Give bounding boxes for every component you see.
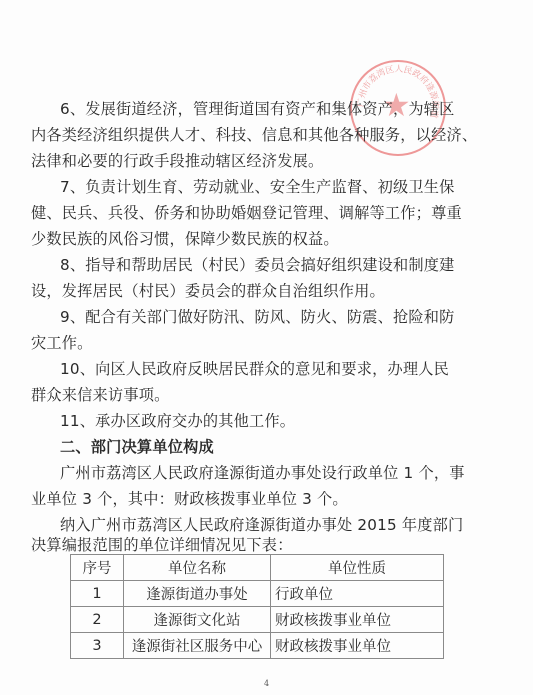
cell-unit-name: 逢源街道办事处: [124, 581, 271, 607]
paragraph-line: 法律和必要的行政手段推动辖区经济发展。: [31, 151, 461, 171]
paragraph-line: 内各类经济组织提供人才、科技、信息和其他各种服务，以经济、: [31, 125, 461, 145]
paragraph-line: 健、民兵、兵役、侨务和协助婚姻登记管理、调解等工作；尊重: [31, 203, 461, 223]
table-row: 3 逢源街社区服务中心 财政核拨事业单位: [71, 633, 444, 659]
paragraph-line: 11、承办区政府交办的其他工作。: [60, 411, 460, 431]
page-number: 4: [264, 679, 269, 688]
cell-serial: 2: [71, 607, 124, 633]
paragraph-line: 9、配合有关部门做好防汛、防风、防火、防震、抢险和防: [60, 307, 460, 327]
cell-unit-type: 财政核拨事业单位: [271, 607, 444, 633]
cell-unit-name: 逢源街社区服务中心: [124, 633, 271, 659]
paragraph-line: 6、发展街道经济，管理街道国有资产和集体资产，为辖区: [60, 99, 460, 119]
cell-unit-type: 财政核拨事业单位: [271, 633, 444, 659]
document-page: 广州市荔湾区人民政府逢源街道办事处 ★ 6、发展街道经济，管理街道国有资产和集体…: [0, 0, 533, 695]
table-row: 1 逢源街道办事处 行政单位: [71, 581, 444, 607]
cell-unit-name: 逢源街文化站: [124, 607, 271, 633]
paragraph-line: 7、负责计划生育、劳动就业、安全生产监督、初级卫生保: [60, 177, 460, 197]
units-table: 序号 单位名称 单位性质 1 逢源街道办事处 行政单位 2 逢源街文化站 财政核…: [70, 554, 444, 659]
header-unit-name: 单位名称: [124, 555, 271, 581]
cell-unit-type: 行政单位: [271, 581, 444, 607]
paragraph-line: 纳入广州市荔湾区人民政府逢源街道办事处 2015 年度部门: [60, 515, 460, 535]
table-row: 2 逢源街文化站 财政核拨事业单位: [71, 607, 444, 633]
header-unit-type: 单位性质: [271, 555, 444, 581]
paragraph-line: 设，发挥居民（村民）委员会的群众自治组织作用。: [31, 281, 461, 301]
paragraph-line: 广州市荔湾区人民政府逢源街道办事处设行政单位 1 个，事: [60, 463, 460, 483]
paragraph-line: 8、指导和帮助居民（村民）委员会搞好组织建设和制度建: [60, 255, 460, 275]
paragraph-line: 少数民族的风俗习惯，保障少数民族的权益。: [31, 229, 461, 249]
table-header-row: 序号 单位名称 单位性质: [71, 555, 444, 581]
cell-serial: 1: [71, 581, 124, 607]
cell-serial: 3: [71, 633, 124, 659]
header-serial: 序号: [71, 555, 124, 581]
paragraph-line: 业单位 3 个，其中：财政核拨事业单位 3 个。: [31, 489, 461, 509]
paragraph-line: 10、向区人民政府反映居民群众的意见和要求，办理人民: [60, 359, 460, 379]
paragraph-line: 决算编报范围的单位详细情况见下表：: [31, 535, 461, 555]
paragraph-line: 灾工作。: [31, 333, 461, 353]
paragraph-line: 群众来信来访事项。: [31, 385, 461, 405]
section-heading: 二、部门决算单位构成: [60, 437, 460, 457]
